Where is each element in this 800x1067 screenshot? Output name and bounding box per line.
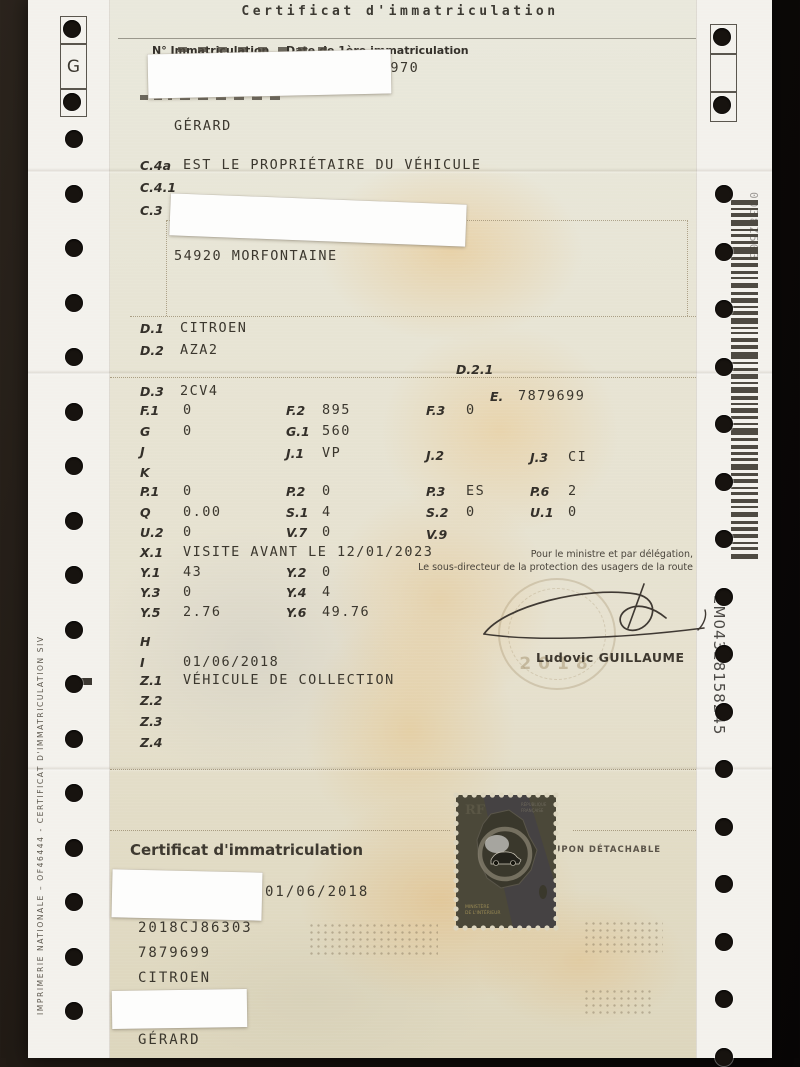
stamp-perforation: [490, 925, 495, 930]
address-box-bottom-dotted-line: [130, 316, 696, 317]
barcode-bar: [731, 247, 758, 254]
barcode-bar: [731, 473, 758, 475]
stamp-perforation: [553, 925, 558, 930]
stamp-perforation: [508, 792, 513, 797]
stamp-perforation: [553, 916, 558, 921]
barcode-bar: [731, 213, 758, 216]
barcode-bar: [731, 338, 758, 343]
stamp-perforation: [526, 925, 531, 930]
barcode-bar: [731, 499, 758, 504]
field-V7-value: 0: [322, 524, 332, 540]
field-F3-value: 0: [466, 402, 476, 418]
punch-hole: [65, 239, 83, 257]
field-D1-label: D.1: [140, 321, 164, 336]
stamp-perforation: [517, 792, 522, 797]
stamp-perforation: [453, 887, 458, 892]
punch-hole: [715, 990, 733, 1008]
punch-hole: [63, 93, 81, 111]
barcode-bar: [731, 257, 758, 259]
stamp-perforation: [535, 925, 540, 930]
registration-mark-box: [710, 24, 737, 54]
punch-hole: [65, 512, 83, 530]
barcode-bar: [731, 208, 758, 210]
dot-matrix-pattern: [308, 922, 438, 958]
punch-hole: [63, 20, 81, 38]
barcode-bar: [731, 387, 758, 393]
stamp-perforation: [453, 859, 458, 864]
stamp-perforation: [453, 897, 458, 902]
punch-hole: [715, 358, 733, 376]
field-C4a-label: C.4a: [140, 158, 171, 173]
stamp-perforation: [553, 830, 558, 835]
stamp-perforation: [453, 868, 458, 873]
punch-hole: [65, 839, 83, 857]
field-Y6-value: 49.76: [322, 604, 370, 620]
field-F1-value: 0: [183, 402, 193, 418]
stamp-perforation: [453, 792, 458, 797]
punch-hole: [715, 300, 733, 318]
field-Z1-value: VÉHICULE DE COLLECTION: [183, 672, 395, 688]
barcode-bar: [731, 506, 758, 508]
barcode-bar: [731, 229, 758, 231]
punch-hole: [715, 530, 733, 548]
barcode-bar: [731, 292, 758, 295]
field-D2-label: D.2: [140, 343, 164, 358]
stamp-perforation: [453, 906, 458, 911]
field-Z3-label: Z.3: [140, 714, 163, 729]
punch-hole: [715, 1048, 733, 1066]
field-Y4-label: Y.4: [286, 585, 306, 600]
field-P1-value: 0: [183, 483, 193, 499]
minister-delegation-line1: Pour le ministre et par délégation,: [408, 549, 693, 560]
field-P3-label: P.3: [426, 484, 445, 499]
barcode-bar: [731, 382, 758, 384]
stamp-perforation: [463, 925, 468, 930]
field-S2-label: S.2: [426, 505, 448, 520]
field-P3-value: ES: [466, 483, 485, 499]
barcode-bar: [731, 220, 758, 226]
field-Z4-label: Z.4: [140, 735, 163, 750]
punch-hole: [65, 1002, 83, 1020]
punch-hole: [715, 760, 733, 778]
coupon-title: Certificat d'immatriculation: [130, 841, 363, 859]
punch-hole: [715, 703, 733, 721]
barcode-bar: [731, 554, 758, 560]
coupon-date: 01/06/2018: [265, 884, 369, 900]
registration-certificate-sheet: G Certificat d'immatriculation N° Immatr…: [28, 0, 772, 1058]
barcode-bar: [731, 487, 758, 489]
field-G-value: 0: [183, 423, 193, 439]
dot-matrix-pattern: [583, 988, 653, 1014]
punch-hole: [65, 675, 83, 693]
redaction-sticker-coupon-plate: [111, 869, 262, 920]
field-H-label: H: [140, 634, 150, 649]
punch-hole: [715, 185, 733, 203]
punch-hole: [65, 130, 83, 148]
field-J3-value: CI: [568, 449, 587, 465]
barcode-bar: [731, 311, 758, 314]
punch-hole: [715, 818, 733, 836]
field-G1-label: G.1: [286, 424, 310, 439]
coupon-first-name: GÉRARD: [138, 1032, 201, 1048]
punch-hole: [65, 348, 83, 366]
punch-hole: [65, 457, 83, 475]
barcode-bar: [731, 298, 758, 303]
barcode-bar: [731, 458, 758, 461]
barcode-bar: [731, 374, 758, 379]
stamp-perforation: [517, 925, 522, 930]
field-Z1-label: Z.1: [140, 673, 163, 688]
barcode-bar: [731, 241, 758, 244]
barcode-bar: [731, 306, 758, 308]
barcode-bar: [731, 464, 758, 470]
field-D3-value: 2CV4: [180, 383, 219, 399]
field-U1-value: 0: [568, 504, 578, 520]
barcode-bar: [731, 534, 758, 539]
field-S1-value: 4: [322, 504, 332, 520]
stamp-perforation: [553, 887, 558, 892]
stamp-perforation: [553, 878, 558, 883]
stamp-perforation: [472, 792, 477, 797]
dot-matrix-pattern: [583, 920, 663, 954]
stamp-perforation: [453, 916, 458, 921]
stamp-perforation: [453, 849, 458, 854]
stamp-perforation: [490, 792, 495, 797]
barcode-bar: [731, 438, 758, 441]
stamp-perforation: [553, 859, 558, 864]
barcode-bar: [731, 283, 758, 289]
field-S2-value: 0: [466, 504, 476, 520]
punch-hole: [715, 415, 733, 433]
field-D3-label: D.3: [140, 384, 164, 399]
field-D21-label: D.2.1: [456, 362, 493, 377]
barcode-bar: [731, 352, 758, 359]
barcode-bar: [731, 452, 758, 454]
field-X1-value: VISITE AVANT LE 12/01/2023: [183, 544, 433, 560]
barcode-bar: [731, 408, 758, 413]
field-Y2-value: 0: [322, 564, 332, 580]
barcode-bar: [731, 362, 758, 364]
field-E-value: 7879699: [518, 388, 585, 404]
punch-hole: [65, 948, 83, 966]
registration-mark-empty-box: [710, 54, 737, 92]
barcode-bar: [731, 327, 758, 329]
stamp-perforation: [553, 906, 558, 911]
stamp-perforation: [453, 811, 458, 816]
field-U1-label: U.1: [530, 505, 554, 520]
barcode-bar: [731, 428, 758, 435]
field-F2-value: 895: [322, 402, 351, 418]
stamp-perforation: [553, 821, 558, 826]
punch-hole: [65, 566, 83, 584]
barcode-bar: [731, 479, 758, 484]
stamp-perforation: [544, 925, 549, 930]
barcode-bar: [731, 200, 758, 205]
coupon-make: CITROEN: [138, 970, 211, 986]
field-Z2-label: Z.2: [140, 693, 163, 708]
feed-letter-box: G: [60, 44, 87, 89]
field-J2-label: J.2: [426, 448, 444, 463]
stamp-perforation: [544, 792, 549, 797]
field-D2-value: AZA2: [180, 342, 219, 358]
coupon-perforation-line: [110, 769, 696, 770]
field-J1-value: VP: [322, 445, 341, 461]
punch-hole: [713, 28, 731, 46]
barcode-bar: [731, 318, 758, 324]
feed-letter: G: [67, 57, 80, 77]
field-U2-value: 0: [183, 524, 193, 540]
field-I-label: I: [140, 655, 145, 670]
stamp-perforation: [553, 868, 558, 873]
stamp-perforation: [508, 925, 513, 930]
stamp-perforation: [481, 792, 486, 797]
punch-hole: [65, 621, 83, 639]
field-J1-label: J.1: [286, 446, 304, 461]
field-Y4-value: 4: [322, 584, 332, 600]
field-Q-label: Q: [140, 505, 151, 520]
field-G-label: G: [140, 424, 150, 439]
field-J3-label: J.3: [530, 450, 548, 465]
holder-first-name: GÉRARD: [174, 118, 232, 134]
registration-mark-box: [710, 92, 737, 122]
barcode-bar: [731, 368, 758, 371]
field-P2-label: P.2: [286, 484, 305, 499]
barcode-bar: [731, 492, 758, 495]
stamp-car-wheel: [511, 861, 516, 866]
field-Y3-value: 0: [183, 584, 193, 600]
field-Y2-label: Y.2: [286, 565, 306, 580]
barcode-bar: [731, 345, 758, 348]
holder-address-city: 54920 MORFONTAINE: [174, 248, 338, 264]
punch-hole: [65, 784, 83, 802]
stamp-perforation: [453, 925, 458, 930]
barcode-bar: [731, 277, 758, 279]
field-Y5-value: 2.76: [183, 604, 222, 620]
coupon-dossier-number: 2018CJ86303: [138, 920, 253, 936]
barcode-bar: [731, 423, 758, 425]
stamp-perforation: [553, 849, 558, 854]
stamp-perforation: [453, 821, 458, 826]
stamp-car-wheel: [494, 861, 499, 866]
coupon-dotted-line-left: [110, 830, 450, 831]
vertical-barcode: [731, 200, 758, 562]
field-V7-label: V.7: [286, 525, 307, 540]
stamp-perforation: [553, 802, 558, 807]
redaction-sticker-plate: [148, 49, 392, 98]
stamp-francaise-text: FRANÇAISE: [521, 808, 544, 813]
punch-hole: [715, 875, 733, 893]
stamp-perforation: [526, 792, 531, 797]
field-Y1-value: 43: [183, 564, 202, 580]
stamp-perforation: [453, 840, 458, 845]
stamp-perforation: [553, 792, 558, 797]
field-P1-label: P.1: [140, 484, 159, 499]
registration-mark-box: [60, 16, 87, 44]
stamp-republique-text: RÉPUBLIQUE: [521, 802, 547, 807]
field-I-value: 01/06/2018: [183, 654, 279, 670]
field-P6-label: P.6: [530, 484, 549, 499]
field-Y5-label: Y.5: [140, 605, 160, 620]
field-Q-value: 0.00: [183, 504, 222, 520]
stamp-perforation: [453, 830, 458, 835]
ministry-hologram-stamp: RF RÉPUBLIQUE FRANÇAISE MINISTÈRE DE L'I…: [453, 792, 559, 931]
stamp-glint: [485, 835, 509, 853]
barcode-bar: [731, 445, 758, 450]
punch-hole: [65, 403, 83, 421]
document-title: Certificat d'immatriculation: [28, 4, 772, 19]
barcode-bar: [731, 396, 758, 399]
field-Y1-label: Y.1: [140, 565, 160, 580]
stamp-perforation: [553, 840, 558, 845]
signature-handwriting: [476, 582, 711, 660]
field-V9-label: V.9: [426, 527, 447, 542]
punch-hole: [65, 294, 83, 312]
stamp-perforation: [481, 925, 486, 930]
field-F2-label: F.2: [286, 403, 305, 418]
field-G1-value: 560: [322, 423, 351, 439]
punch-hole: [715, 933, 733, 951]
field-U2-label: U.2: [140, 525, 164, 540]
field-P2-value: 0: [322, 483, 332, 499]
punch-hole: [715, 243, 733, 261]
field-C3-label: C.3: [140, 203, 163, 218]
field-F3-label: F.3: [426, 403, 445, 418]
field-P6-value: 2: [568, 483, 578, 499]
coupon-e-number: 7879699: [138, 945, 211, 961]
barcode-bar: [731, 547, 758, 550]
stamp-perforation: [499, 792, 504, 797]
stamp-rf-mark: RF: [465, 803, 486, 818]
punch-hole: [715, 645, 733, 663]
field-F1-label: F.1: [140, 403, 159, 418]
section-dotted-line: [110, 377, 696, 378]
coupon-dotted-line-right: [573, 830, 696, 831]
stamp-perforation: [535, 792, 540, 797]
field-S1-label: S.1: [286, 505, 308, 520]
stamp-perforation: [453, 802, 458, 807]
punch-hole: [715, 588, 733, 606]
field-Y3-label: Y.3: [140, 585, 160, 600]
imprimerie-vertical-text: IMPRIMERIE NATIONALE – OF46444 - CERTIFI…: [36, 635, 45, 1015]
stamp-perforation: [463, 792, 468, 797]
stamp-perforation: [553, 897, 558, 902]
stamp-perforation: [499, 925, 504, 930]
punch-hole: [65, 730, 83, 748]
punch-hole: [713, 96, 731, 114]
barcode-bar: [731, 332, 758, 334]
barcode-bar: [731, 263, 758, 268]
stamp-perforation: [472, 925, 477, 930]
stamp-perforation: [553, 811, 558, 816]
header-rule: [118, 38, 696, 39]
signer-name: Ludovic GUILLAUME: [536, 650, 685, 665]
stamp-perforation: [453, 878, 458, 883]
barcode-bar: [731, 234, 758, 237]
punch-hole: [65, 185, 83, 203]
field-C4a-value: EST LE PROPRIÉTAIRE DU VÉHICULE: [183, 157, 481, 173]
minister-delegation-line2: Le sous-directeur de la protection des u…: [388, 562, 693, 573]
field-X1-label: X.1: [140, 545, 163, 560]
fold-crease: [28, 370, 772, 376]
punch-hole: [65, 893, 83, 911]
barcode-bar: [731, 416, 758, 419]
field-K-label: K: [140, 465, 150, 480]
stamp-corsica: [539, 885, 547, 899]
photo-of-registration-document: { "document": { "title": "Certificat d'i…: [0, 0, 800, 1067]
barcode-bar: [731, 512, 758, 518]
field-Y6-label: Y.6: [286, 605, 306, 620]
field-J-label: J: [140, 444, 145, 459]
field-E-label: E.: [490, 389, 503, 404]
barcode-bar: [731, 521, 758, 524]
registration-mark-box: [60, 89, 87, 117]
punch-hole: [715, 473, 733, 491]
barcode-bar: [731, 542, 758, 544]
barcode-bar: [731, 403, 758, 405]
barcode-bar: [731, 271, 758, 274]
field-D1-value: CITROEN: [180, 320, 247, 336]
redaction-sticker-coupon-name: [112, 989, 248, 1029]
barcode-bar: [731, 527, 758, 530]
